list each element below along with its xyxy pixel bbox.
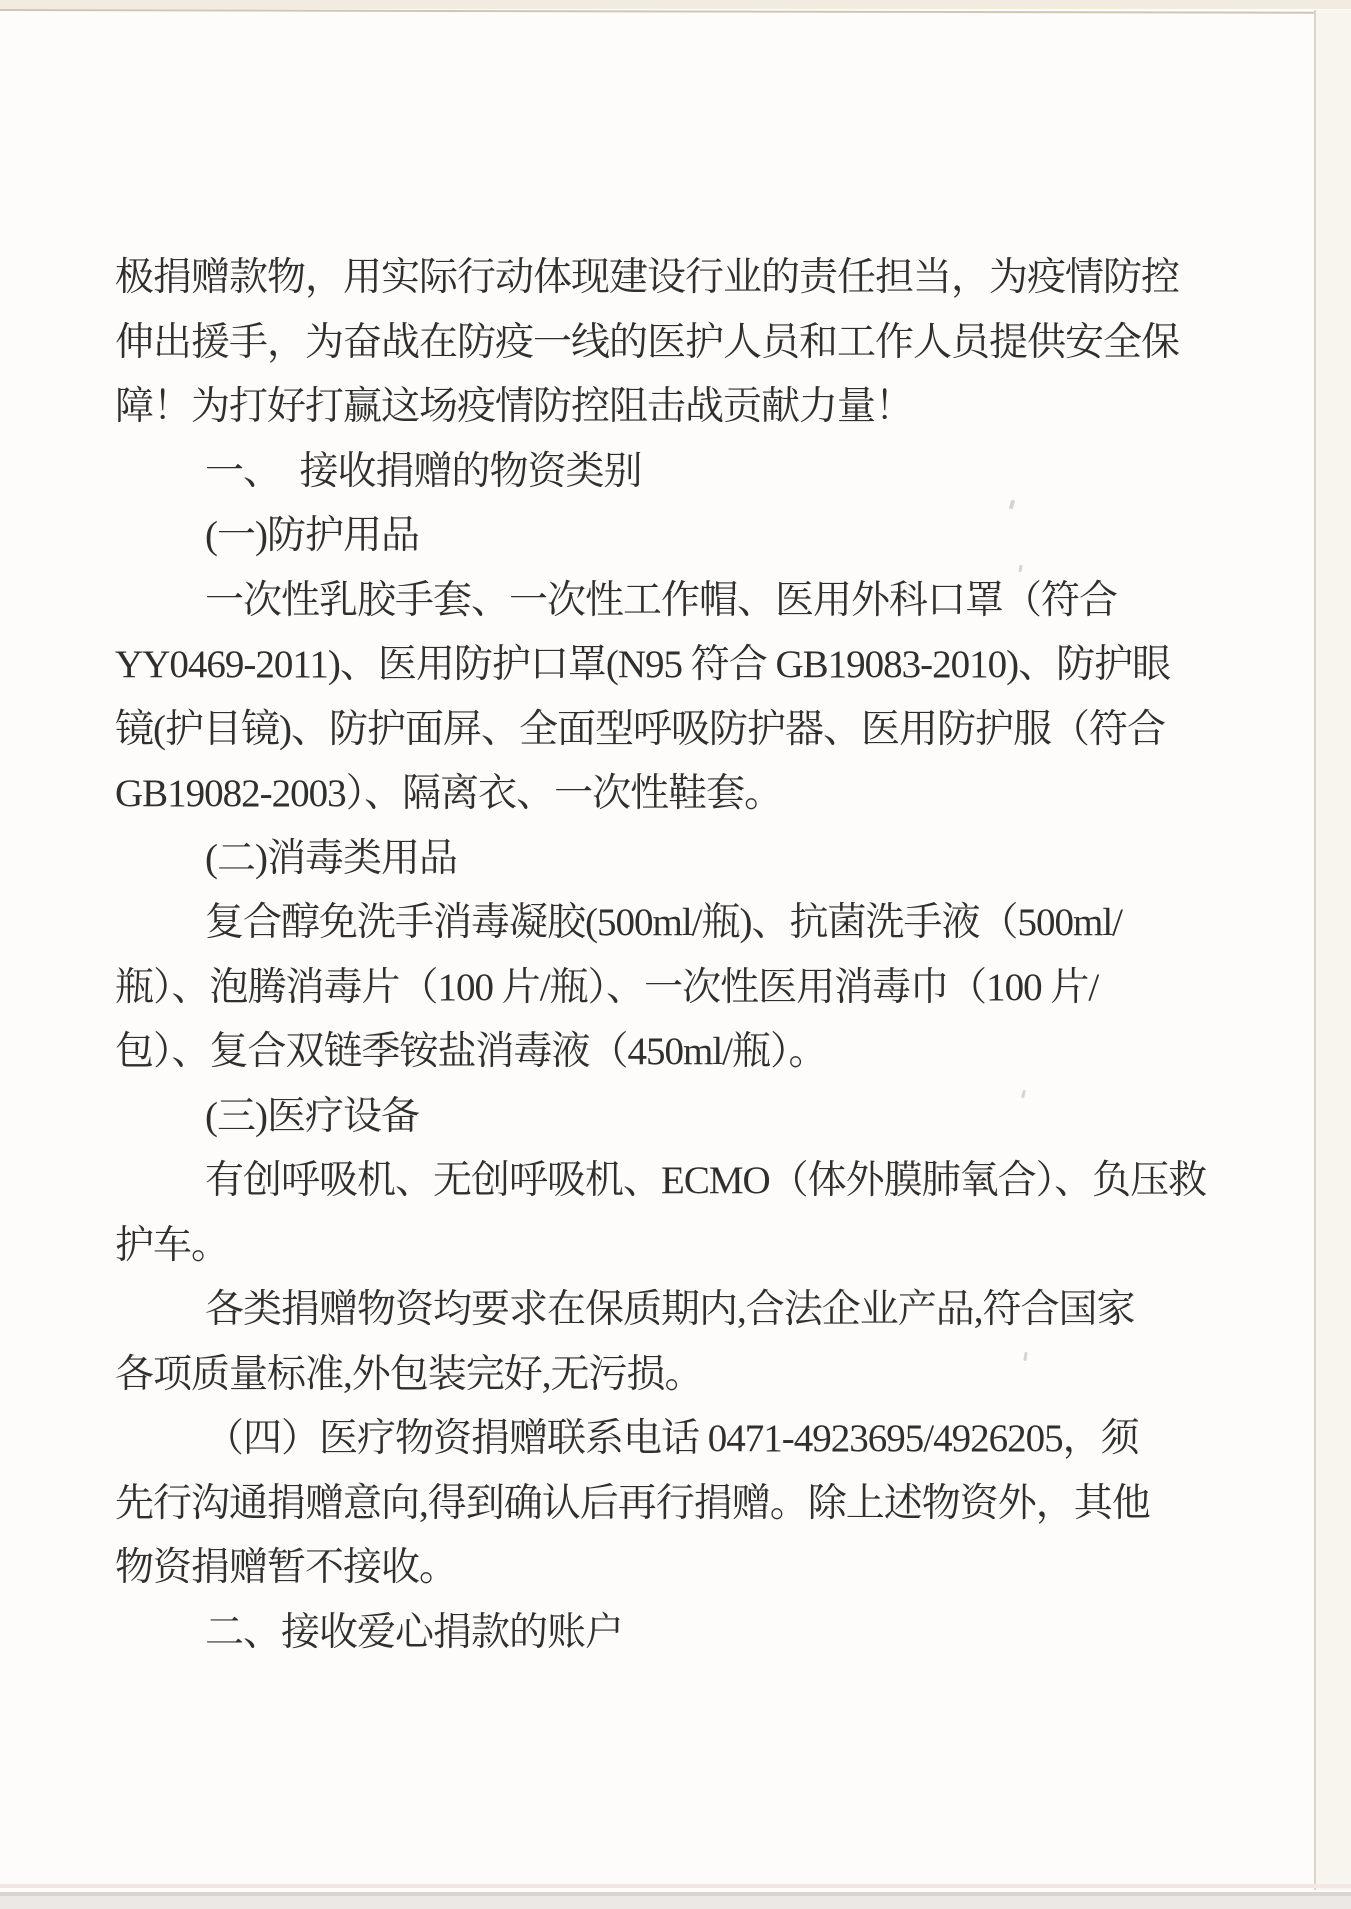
text-line: （四）医疗物资捐赠联系电话 0471-4923695/4926205，须 [115, 1407, 1265, 1472]
scan-right-edge-line [1314, 10, 1316, 1890]
text-line: (一)防护用品 [115, 504, 1265, 569]
scan-right-margin [1316, 10, 1351, 1890]
text-line: 一次性乳胶手套、一次性工作帽、医用外科口罩（符合 [115, 569, 1265, 634]
text-line: 二、接收爱心捐款的账户 [115, 1601, 1265, 1666]
scan-bottom-pink-line [0, 1884, 1351, 1888]
text-line: 护车。 [115, 1214, 1265, 1279]
scan-top-edge-line [0, 9, 1351, 14]
text-line: 复合醇免洗手消毒凝胶(500ml/瓶)、抗菌洗手液（500ml/ [115, 891, 1265, 956]
scanned-document-page: { "page": { "kind": "scanned official no… [0, 0, 1351, 1909]
text-line: (三)医疗设备 [115, 1085, 1265, 1150]
text-line: (二)消毒类用品 [115, 827, 1265, 892]
text-line: 各项质量标准,外包装完好,无污损。 [115, 1343, 1265, 1408]
text-line: 极捐赠款物，用实际行动体现建设行业的责任担当，为疫情防控 [115, 246, 1265, 311]
text-line: 伸出援手，为奋战在防疫一线的医护人员和工作人员提供安全保 [115, 311, 1265, 376]
text-line: 物资捐赠暂不接收。 [115, 1536, 1265, 1601]
text-line: 瓶）、泡腾消毒片（100 片/瓶）、一次性医用消毒巾（100 片/ [115, 956, 1265, 1021]
text-line: 先行沟通捐赠意向,得到确认后再行捐赠。除上述物资外，其他 [115, 1472, 1265, 1537]
scan-bottom-band [0, 1896, 1351, 1909]
text-line: YY0469-2011)、医用防护口罩(N95 符合 GB19083-2010)… [115, 633, 1265, 698]
text-line: GB19082-2003）、隔离衣、一次性鞋套。 [115, 762, 1265, 827]
document-text-block: 极捐赠款物，用实际行动体现建设行业的责任担当，为疫情防控伸出援手，为奋战在防疫一… [115, 246, 1265, 1665]
text-line: 障！为打好打赢这场疫情防控阻击战贡献力量！ [115, 375, 1265, 440]
text-line: 有创呼吸机、无创呼吸机、ECMO（体外膜肺氧合）、负压救 [115, 1149, 1265, 1214]
text-line: 包）、复合双链季铵盐消毒液（450ml/瓶）。 [115, 1020, 1265, 1085]
text-line: 一、 接收捐赠的物资类别 [115, 440, 1265, 505]
text-line: 镜(护目镜)、防护面屏、全面型呼吸防护器、医用防护服（符合 [115, 698, 1265, 763]
scan-top-band [0, 0, 1351, 9]
text-line: 各类捐赠物资均要求在保质期内,合法企业产品,符合国家 [115, 1278, 1265, 1343]
